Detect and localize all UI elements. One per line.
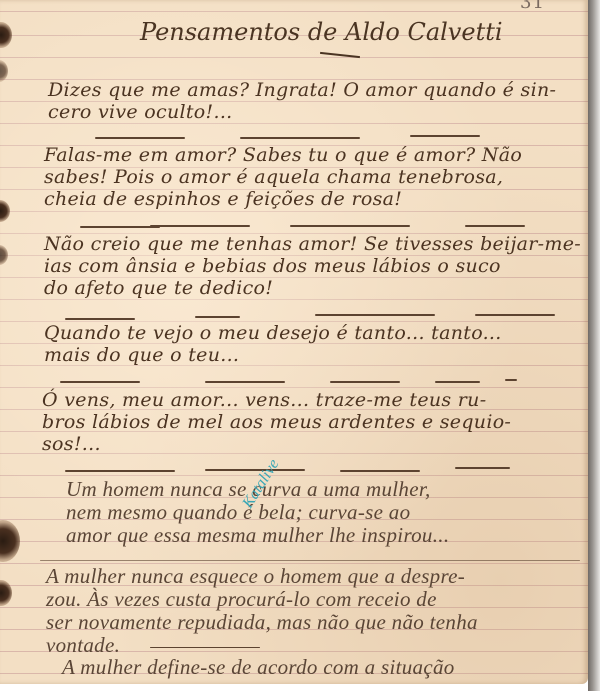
burn-mark xyxy=(0,580,12,606)
separator-dash xyxy=(205,381,285,383)
text-line: Falas-me em amor? Sabes tu o que é amor?… xyxy=(44,144,522,166)
text-line: ias com ânsia e bebias dos meus lábios o… xyxy=(44,255,501,277)
text-line: Quando te vejo o meu desejo é tanto... t… xyxy=(44,322,502,344)
text-line: mais do que o teu... xyxy=(44,344,239,366)
separator-dash xyxy=(40,560,580,561)
separator-dash xyxy=(290,225,410,227)
separator-dash xyxy=(340,470,420,472)
text-line: sabes! Pois o amor é aquela chama tenebr… xyxy=(44,166,503,188)
separator-dash xyxy=(465,225,525,227)
text-line: sos!... xyxy=(42,433,101,455)
separator-dash xyxy=(80,226,160,228)
separator-dash xyxy=(65,470,175,472)
burn-mark xyxy=(0,22,12,48)
separator-dash xyxy=(435,381,480,383)
separator-dash xyxy=(65,318,135,320)
burn-mark xyxy=(0,60,8,82)
text-line: Dizes que me amas? Ingrata! O amor quand… xyxy=(48,79,556,101)
text-line: ser novamente repudiada, mas não que não… xyxy=(46,610,478,635)
text-line: zou. Às vezes custa procurá-lo com recei… xyxy=(46,587,437,612)
text-line: Ó vens, meu amor... vens... traze-me teu… xyxy=(42,389,486,411)
separator-dash xyxy=(150,225,250,227)
separator-dash xyxy=(455,467,510,469)
separator-dash xyxy=(95,137,185,139)
separator-dash xyxy=(315,314,435,316)
separator-dash xyxy=(60,381,140,383)
manuscript-page: 31 Pensamentos de Aldo Calvetti Dizes qu… xyxy=(0,0,588,684)
separator-dash xyxy=(330,381,400,383)
separator-dash xyxy=(195,316,240,318)
title-underline xyxy=(320,52,360,58)
separator-dash xyxy=(410,135,480,137)
separator-dash xyxy=(205,469,305,471)
page-title: Pensamentos de Aldo Calvetti xyxy=(140,18,503,46)
text-line: Não creio que me tenhas amor! Se tivesse… xyxy=(44,233,581,255)
page-number: 31 xyxy=(520,0,545,13)
burn-mark xyxy=(0,245,8,265)
text-line: A mulher nunca esquece o homem que a des… xyxy=(46,564,465,589)
separator-dash xyxy=(150,647,260,648)
burn-mark xyxy=(0,520,20,562)
text-line: do afeto que te dedico! xyxy=(44,277,273,299)
text-line: nem mesmo quando é bela; curva-se ao xyxy=(66,500,410,525)
text-line: cero vive oculto!... xyxy=(48,101,233,123)
text-line: amor que essa mesma mulher lhe inspirou.… xyxy=(66,523,449,548)
text-line: cheia de espinhos e feições de rosa! xyxy=(44,188,402,210)
separator-dash xyxy=(505,379,517,381)
separator-dash xyxy=(240,137,360,139)
text-line: bros lábios de mel aos meus ardentes e s… xyxy=(42,411,511,433)
scan-edge xyxy=(588,0,600,691)
text-line: A mulher define-se de acordo com a situa… xyxy=(62,655,455,680)
burn-mark xyxy=(0,200,10,222)
separator-dash xyxy=(475,314,555,316)
